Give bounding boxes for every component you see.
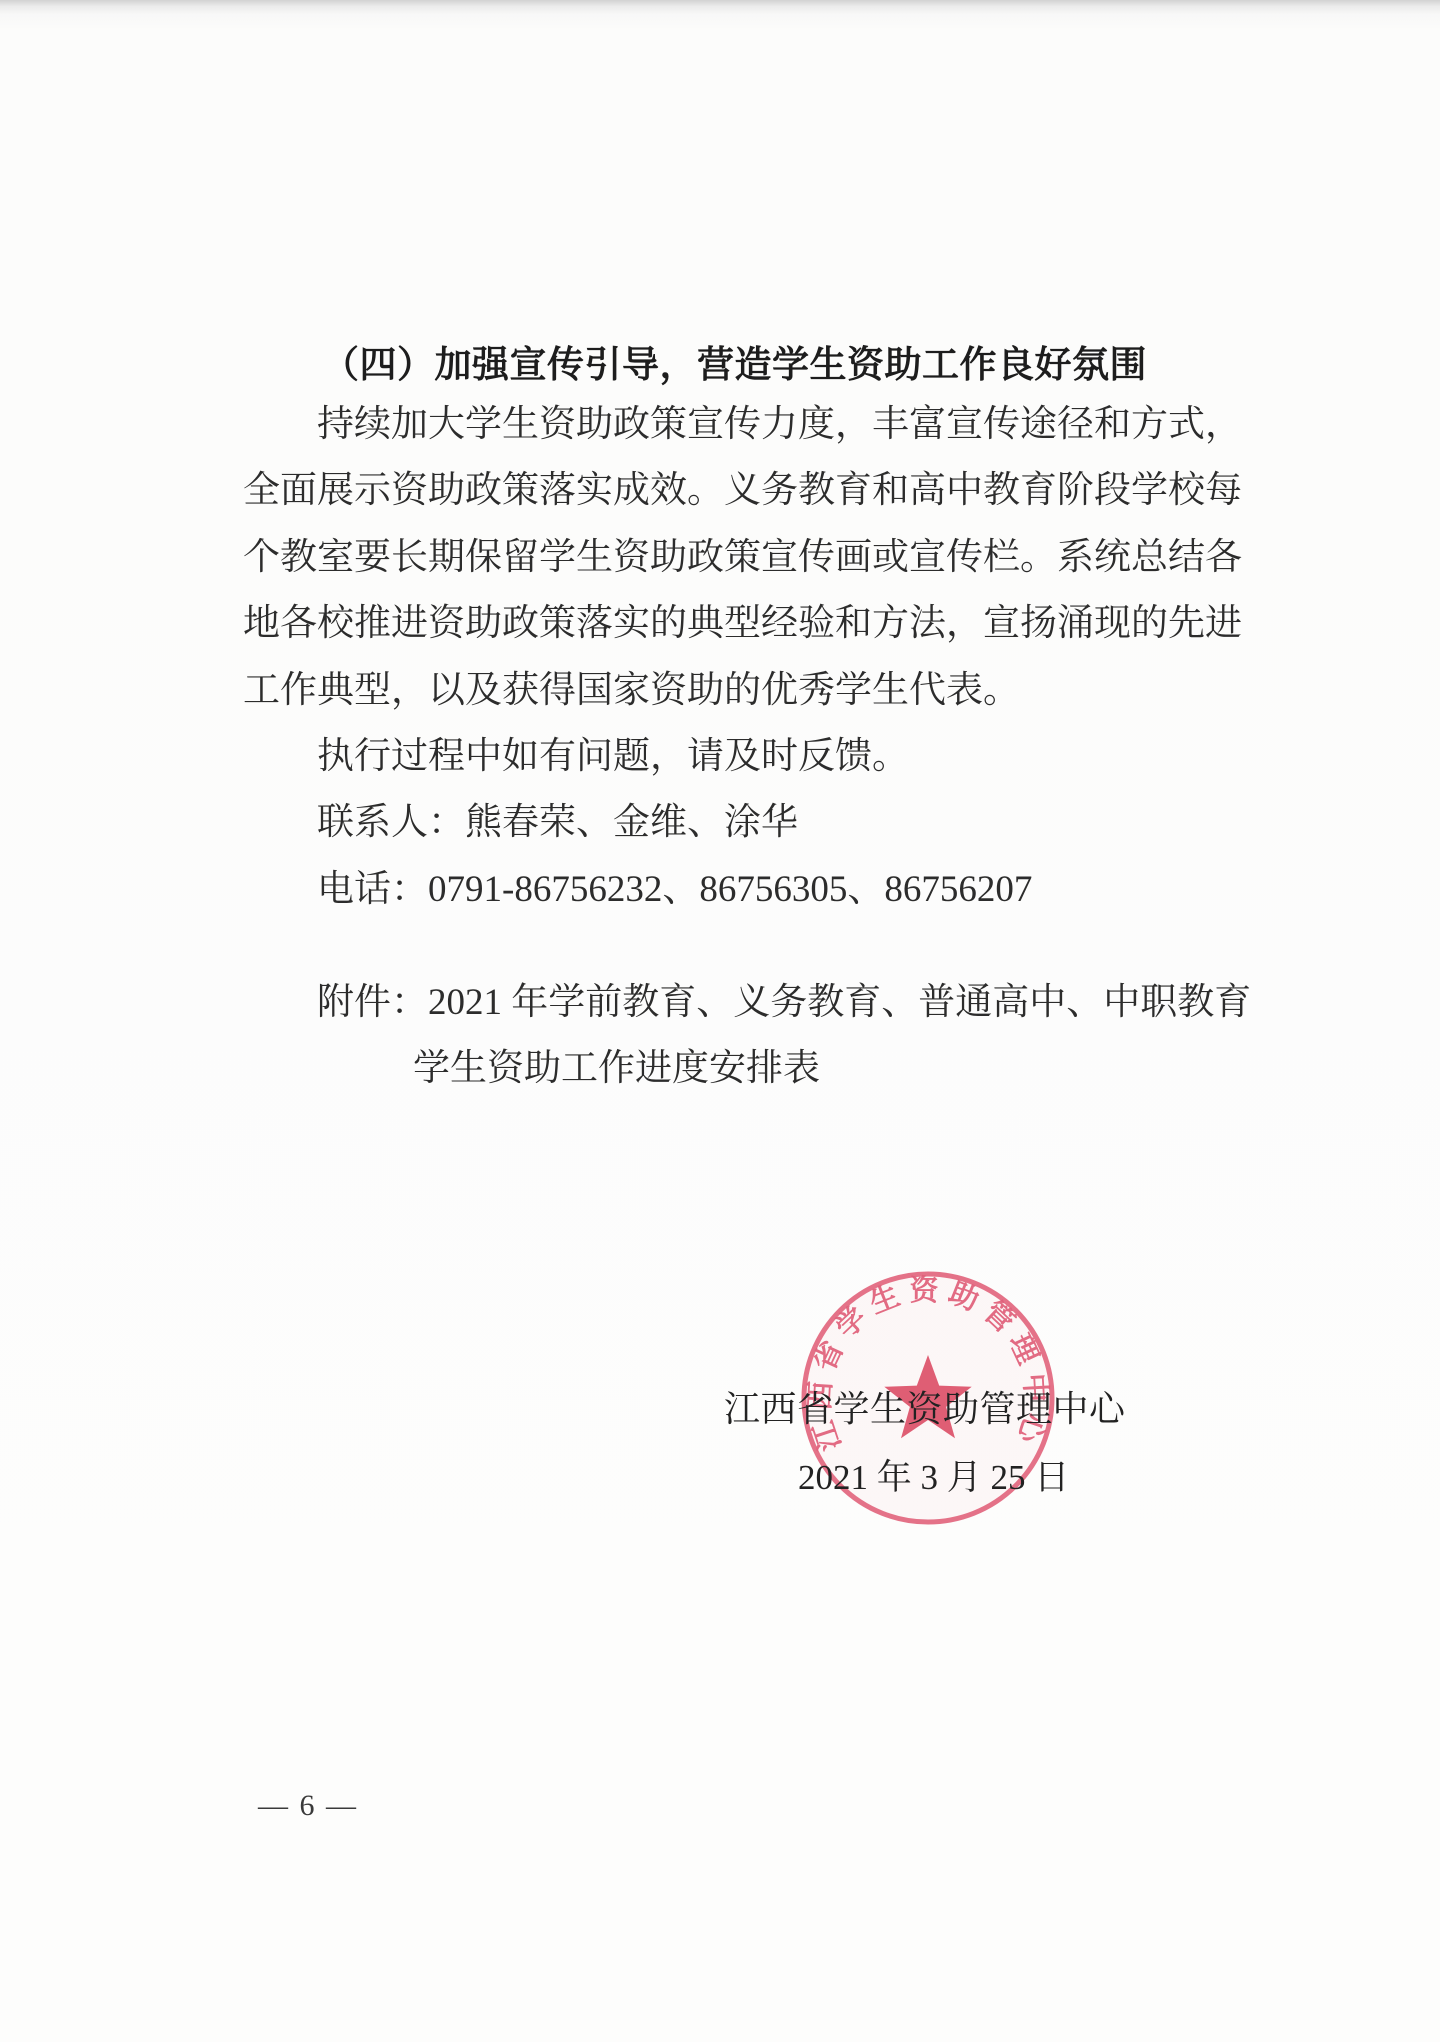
body-line: 个教室要长期保留学生资助政策宣传画或宣传栏。系统总结各 <box>243 525 1233 591</box>
scan-top-edge <box>0 0 1440 14</box>
attachment-line: 学生资助工作进度安排表 <box>243 1036 1283 1102</box>
body-line: 持续加大学生资助政策宣传力度，丰富宣传途径和方式， <box>243 392 1233 458</box>
body-line: 地各校推进资助政策落实的典型经验和方法，宣扬涌现的先进 <box>243 591 1233 657</box>
feedback-line: 执行过程中如有问题，请及时反馈。 <box>243 724 1233 790</box>
attachment-block: 附件：2021 年学前教育、义务教育、普通高中、中职教育 学生资助工作进度安排表 <box>243 970 1283 1103</box>
signature-date: 2021 年 3 月 25 日 <box>798 1450 1069 1500</box>
attachment-line: 附件：2021 年学前教育、义务教育、普通高中、中职教育 <box>243 970 1283 1036</box>
phone-line: 电话：0791-86756232、86756305、86756207 <box>243 857 1233 923</box>
contact-person-line: 联系人：熊春荣、金维、涂华 <box>243 790 1233 856</box>
page-number: — 6 — <box>258 1789 358 1823</box>
body-line: 工作典型，以及获得国家资助的优秀学生代表。 <box>243 658 1233 724</box>
section-heading: （四）加强宣传引导，营造学生资助工作良好氛围 <box>322 334 1147 388</box>
document-page: （四）加强宣传引导，营造学生资助工作良好氛围 持续加大学生资助政策宣传力度，丰富… <box>0 0 1440 2042</box>
body-text: 持续加大学生资助政策宣传力度，丰富宣传途径和方式， 全面展示资助政策落实成效。义… <box>243 392 1233 923</box>
body-line: 全面展示资助政策落实成效。义务教育和高中教育阶段学校每 <box>243 458 1233 524</box>
signature-organization: 江西省学生资助管理中心 <box>724 1381 1126 1432</box>
